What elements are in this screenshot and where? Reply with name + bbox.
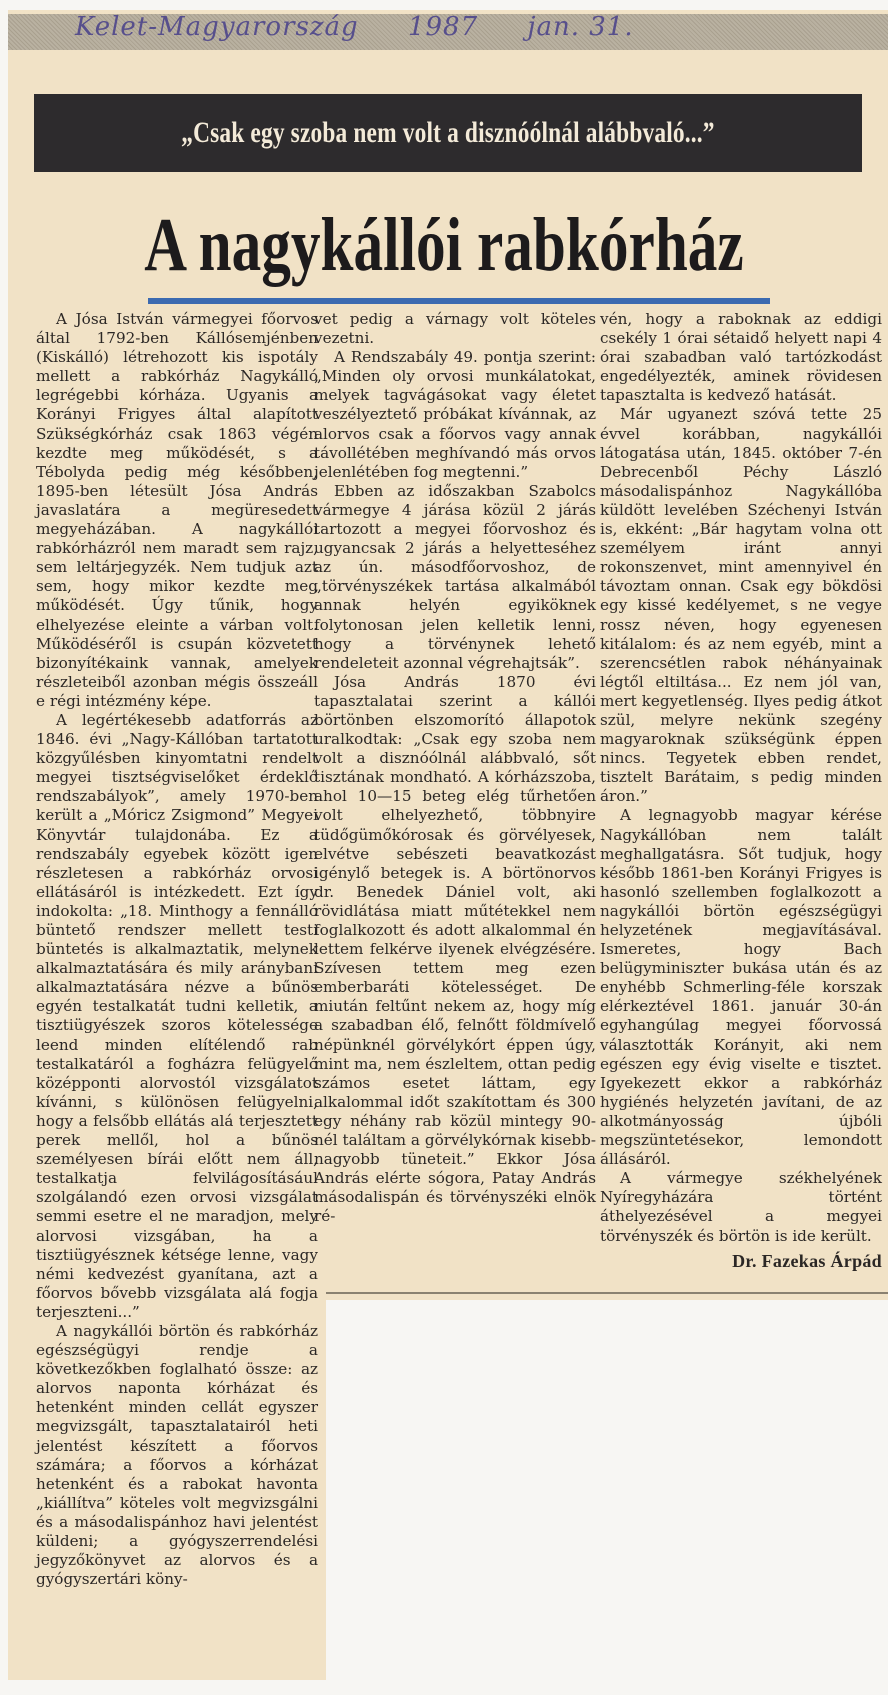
paragraph: vet pedig a várnagy volt köteles vezetni… <box>314 310 596 348</box>
paragraph: A vármegye székhelyének Nyíregyházára tö… <box>600 1169 882 1245</box>
handwritten-year: 1987 <box>408 12 478 42</box>
paragraph: Ebben az időszakban Szabolcs vármegye 4 … <box>314 482 596 673</box>
kicker-banner: „Csak egy szoba nem volt a disznóólnál a… <box>34 94 862 172</box>
paragraph: A Rendszabály 49. pontja szerint: „Minde… <box>314 348 596 482</box>
paragraph: A Jósa István vármegyei főorvos által 17… <box>36 310 318 711</box>
headline-underline <box>148 298 770 304</box>
clipping-cut-edge <box>326 1292 888 1294</box>
handwritten-publication: Kelet-Magyarország <box>75 12 359 42</box>
paragraph: A legértékesebb adatforrás az 1846. évi … <box>36 711 318 1322</box>
paragraph: A legnagyobb magyar kérése Nagykállóban … <box>600 806 882 1169</box>
handwritten-source-note: Kelet-Magyarország 1987 jan. 31. <box>75 12 634 42</box>
paragraph: Már ugyanezt szóvá tette 25 évvel korább… <box>600 405 882 806</box>
author-byline: Dr. Fazekas Árpád <box>600 1252 882 1271</box>
paragraph: A nagykállói börtön és rabkórház egészsé… <box>36 1322 318 1589</box>
kicker-quote: „Csak egy szoba nem volt a disznóólnál a… <box>181 116 714 150</box>
paragraph: vén, hogy a raboknak az eddigi csekély 1… <box>600 310 882 405</box>
article-column-2: vet pedig a várnagy volt köteles vezetni… <box>314 310 596 1227</box>
article-column-1: A Jósa István vármegyei főorvos által 17… <box>36 310 318 1589</box>
handwritten-day: jan. 31. <box>527 12 633 42</box>
article-headline: A nagykállói rabkórház <box>98 200 791 290</box>
paragraph: Jósa András 1870 évi tapasztalatai szeri… <box>314 673 596 1227</box>
article-column-3: vén, hogy a raboknak az eddigi csekély 1… <box>600 310 882 1271</box>
